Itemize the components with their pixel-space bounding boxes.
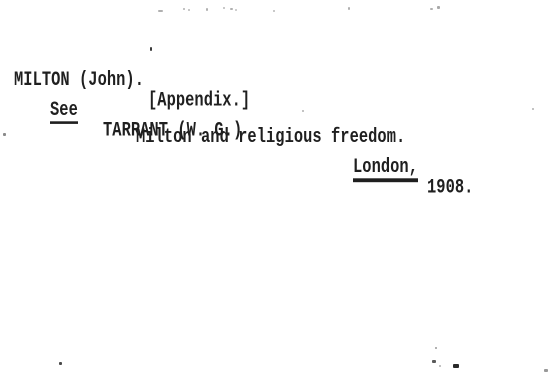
scan-speck (158, 10, 163, 12)
imprint-year: 1908. (427, 178, 473, 198)
scan-speck (150, 47, 152, 51)
scan-speck (3, 133, 6, 136)
scan-speck (532, 108, 534, 110)
scan-speck (230, 8, 233, 10)
imprint-place: London, (353, 158, 418, 182)
scan-speck (544, 369, 548, 372)
catalog-card: MILTON (John). [Appendix.] See TARRANT (… (0, 0, 550, 374)
scan-speck (432, 360, 436, 363)
scan-speck (435, 347, 437, 349)
scan-speck (223, 7, 225, 9)
scan-speck (59, 362, 62, 365)
scan-speck (430, 8, 433, 10)
scan-speck (273, 10, 275, 12)
scan-speck (348, 7, 350, 10)
scan-speck (235, 9, 237, 11)
scan-speck (437, 6, 440, 9)
scan-speck (453, 364, 459, 368)
scan-speck (302, 110, 304, 112)
imprint-line: London, 1908. (0, 138, 550, 218)
scan-speck (183, 8, 185, 10)
scan-speck (188, 9, 190, 11)
scan-speck (439, 365, 441, 367)
scan-speck (206, 8, 208, 11)
